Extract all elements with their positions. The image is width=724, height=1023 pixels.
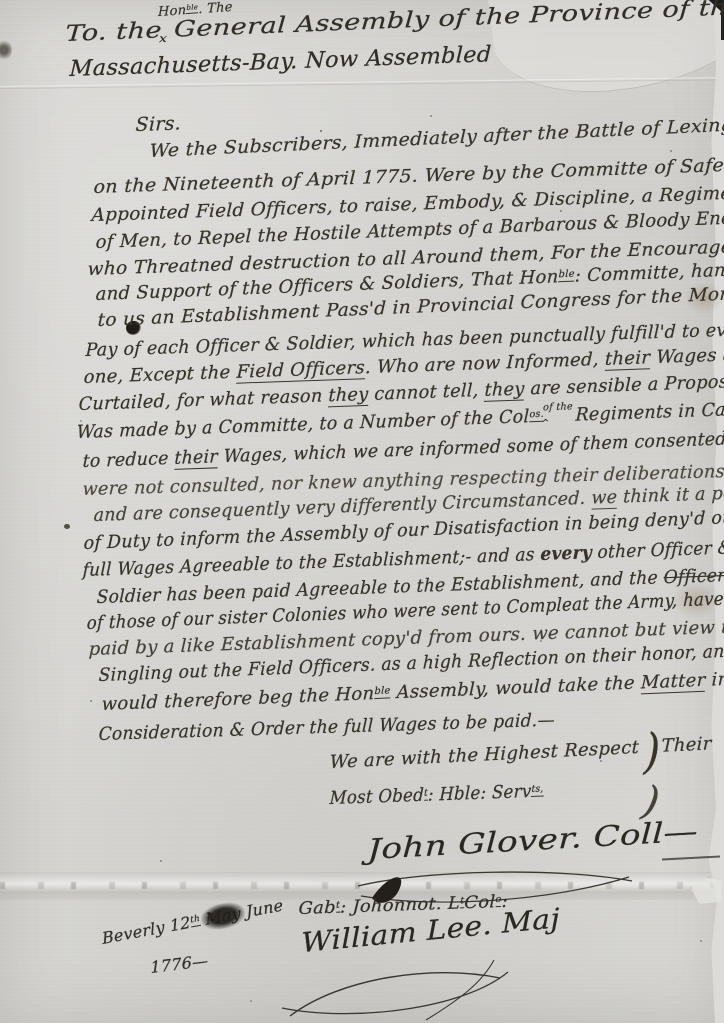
salutation: Sirs. xyxy=(135,112,181,137)
body-line-22: Consideration & Order the full Wages to … xyxy=(98,710,555,747)
date-place-line: Beverly 12th May June xyxy=(101,895,284,948)
closing-line-1: We are with the Highest Respect)Their xyxy=(330,733,712,774)
closing-line-2: Most Obedt: Hble: Servts, xyxy=(329,781,543,811)
document-page: Honble. TheTo. thex General Assembly of … xyxy=(0,0,724,1023)
manuscript-text: Honble. TheTo. thex General Assembly of … xyxy=(0,0,724,1023)
date-year-line: 1776— xyxy=(150,951,209,978)
signature-john-glover: John Glover. Coll— xyxy=(367,814,699,868)
body-line-1: We the Subscribers, Immediately after th… xyxy=(149,113,724,164)
scanned-letter: { "colors":{"paper":"#d5d4d1","backdrop"… xyxy=(0,0,724,1023)
address-line-2: Massachusetts-Bay. Now Assembled xyxy=(69,41,492,83)
